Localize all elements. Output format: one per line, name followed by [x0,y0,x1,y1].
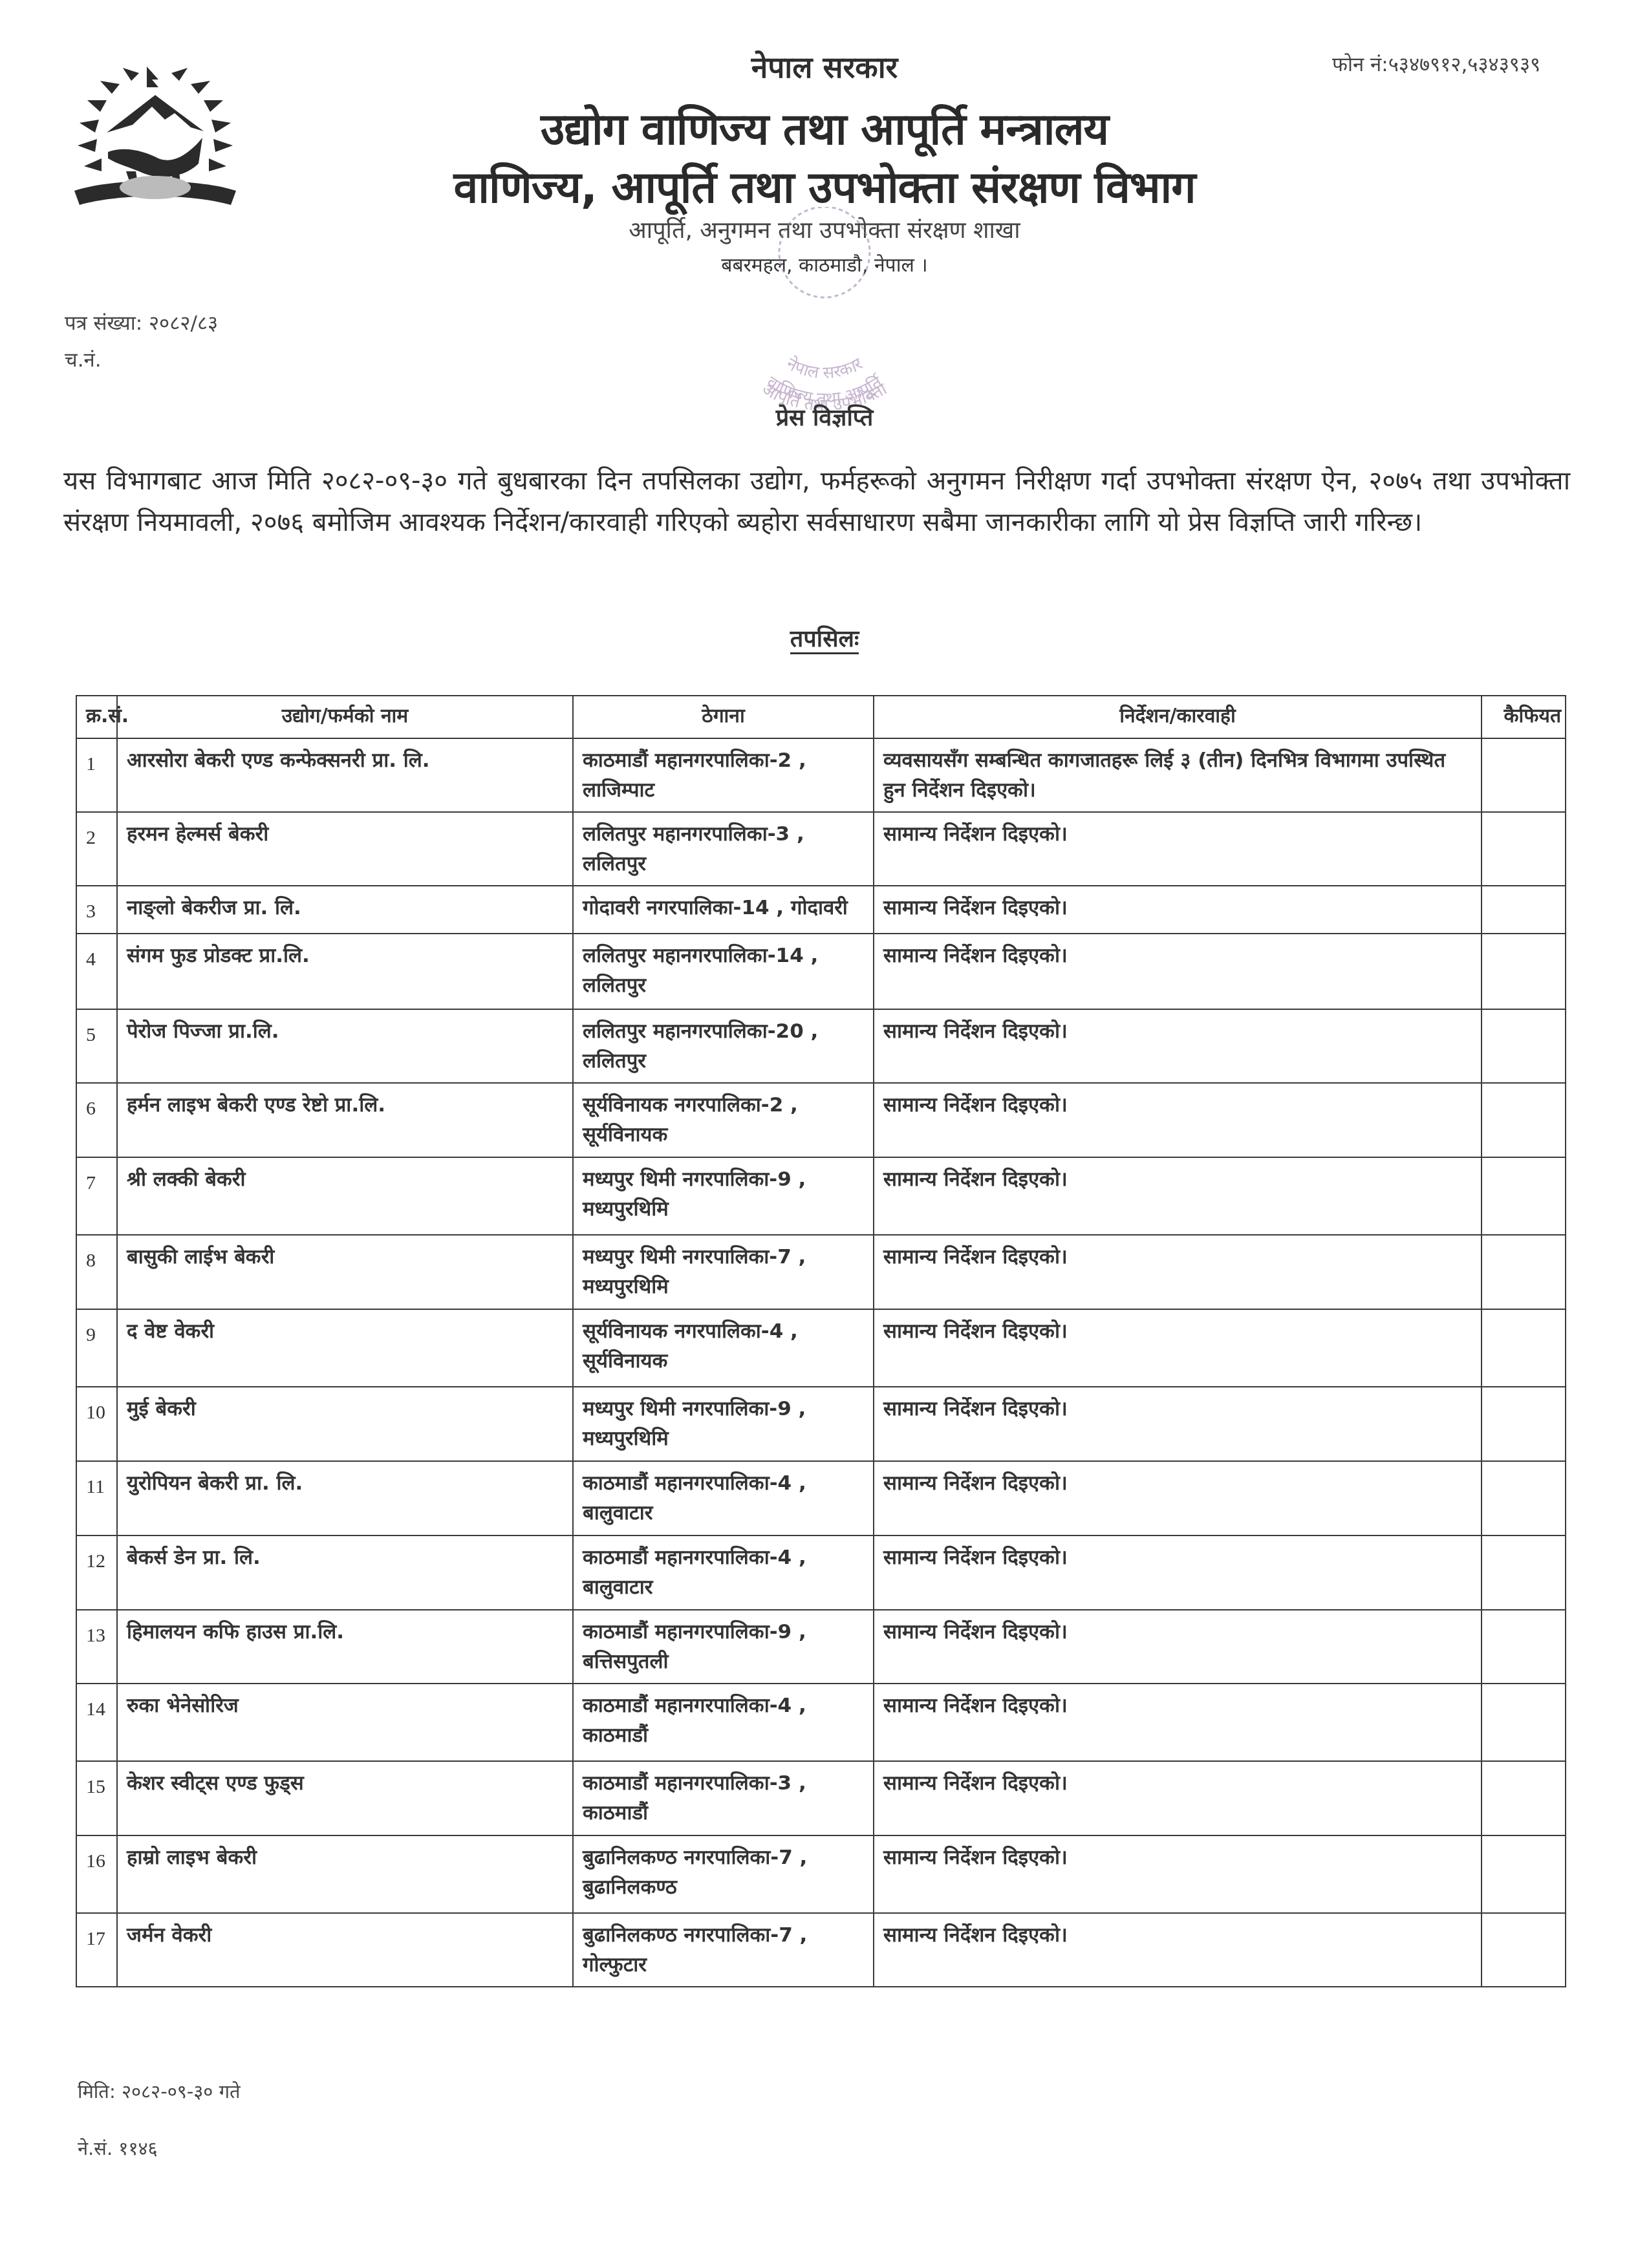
cell-address: सूर्यविनायक नगरपालिका-4 , सूर्यविनायक [573,1309,874,1387]
cell-serial: 12 [76,1535,117,1610]
cell-address: काठमाडौं महानगरपालिका-3 , काठमाडौं [573,1761,874,1835]
column-header-action: निर्देशन/कारवाही [874,696,1482,738]
table-row: 16हाम्रो लाइभ बेकरीबुढानिलकण्ठ नगरपालिका… [76,1835,1566,1913]
cell-action: सामान्य निर्देशन दिइएको। [874,812,1482,886]
table-row: 9द वेष्ट वेकरीसूर्यविनायक नगरपालिका-4 , … [76,1309,1566,1387]
press-release-body: यस विभागबाट आज मिति २०८२-०९-३० गते बुधबा… [63,460,1570,543]
table-row: 8बासुकी लाईभ बेकरीमध्यपुर थिमी नगरपालिका… [76,1235,1566,1309]
cell-remarks [1482,1387,1566,1461]
cell-remarks [1482,1235,1566,1309]
cell-address: बुढानिलकण्ठ नगरपालिका-7 , बुढानिलकण्ठ [573,1835,874,1913]
cell-address: सूर्यविनायक नगरपालिका-2 , सूर्यविनायक [573,1083,874,1157]
column-header-address: ठेगाना [573,696,874,738]
cell-action: सामान्य निर्देशन दिइएको। [874,1761,1482,1835]
table-row: 12बेकर्स डेन प्रा. लि.काठमाडौं महानगरपाल… [76,1535,1566,1610]
cell-firm-name: हाम्रो लाइभ बेकरी [117,1835,573,1913]
cell-action: सामान्य निर्देशन दिइएको। [874,1387,1482,1461]
table-row: 2हरमन हेल्मर्स बेकरीललितपुर महानगरपालिका… [76,812,1566,886]
cell-action: सामान्य निर्देशन दिइएको। [874,1684,1482,1761]
cell-serial: 5 [76,1009,117,1083]
cell-firm-name: मुई बेकरी [117,1387,573,1461]
cell-remarks [1482,934,1566,1009]
cell-action: सामान्य निर्देशन दिइएको। [874,1535,1482,1610]
cell-action: सामान्य निर्देशन दिइएको। [874,1083,1482,1157]
svg-text:नेपाल सरकार: नेपाल सरकार [783,354,867,383]
cell-firm-name: केशर स्वीट्स एण्ड फुड्स [117,1761,573,1835]
schedule-heading: तपसिलः [0,622,1649,654]
cell-remarks [1482,1761,1566,1835]
cell-address: काठमाडौं महानगरपालिका-2 , लाजिम्पाट [573,738,874,812]
cell-action: सामान्य निर्देशन दिइएको। [874,1461,1482,1535]
cell-address: ललितपुर महानगरपालिका-3 , ललितपुर [573,812,874,886]
cell-remarks [1482,812,1566,886]
cell-remarks [1482,1009,1566,1083]
cell-remarks [1482,1835,1566,1913]
table-row: 4संगम फुड प्रोडक्ट प्रा.लि.ललितपुर महानग… [76,934,1566,1009]
cell-firm-name: रुका भेनेसोरिज [117,1684,573,1761]
cell-firm-name: श्री लक्की बेकरी [117,1157,573,1235]
cell-address: ललितपुर महानगरपालिका-20 , ललितपुर [573,1009,874,1083]
cell-action: सामान्य निर्देशन दिइएको। [874,1235,1482,1309]
cell-firm-name: युरोपियन बेकरी प्रा. लि. [117,1461,573,1535]
cell-serial: 2 [76,812,117,886]
cell-serial: 1 [76,738,117,812]
cell-firm-name: हरमन हेल्मर्स बेकरी [117,812,573,886]
cell-firm-name: नाङ्लो बेकरीज प्रा. लि. [117,886,573,934]
letter-number: पत्र संख्या: २०८२/८३ [65,309,218,336]
table-header-row: क्र.सं. उद्योग/फर्मको नाम ठेगाना निर्देश… [76,696,1566,738]
cell-firm-name: द वेष्ट वेकरी [117,1309,573,1387]
cell-action: सामान्य निर्देशन दिइएको। [874,1835,1482,1913]
cell-action: सामान्य निर्देशन दिइएको। [874,934,1482,1009]
table-row: 5पेरोज पिज्जा प्रा.लि.ललितपुर महानगरपालि… [76,1009,1566,1083]
cell-serial: 3 [76,886,117,934]
cell-firm-name: जर्मन वेकरी [117,1913,573,1987]
cell-remarks [1482,1610,1566,1684]
cell-action: व्यवसायसँग सम्बन्धित कागजातहरू लिई ३ (ती… [874,738,1482,812]
cell-address: ललितपुर महानगरपालिका-14 , ललितपुर [573,934,874,1009]
table-row: 15केशर स्वीट्स एण्ड फुड्सकाठमाडौं महानगर… [76,1761,1566,1835]
cell-serial: 8 [76,1235,117,1309]
ministry-name: उद्योग वाणिज्य तथा आपूर्ति मन्त्रालय [0,97,1649,157]
cell-serial: 14 [76,1684,117,1761]
cell-firm-name: बासुकी लाईभ बेकरी [117,1235,573,1309]
government-name: नेपाल सरकार [0,47,1649,87]
inspection-table: क्र.सं. उद्योग/फर्मको नाम ठेगाना निर्देश… [76,695,1566,1987]
cell-remarks [1482,1461,1566,1535]
cell-serial: 6 [76,1083,117,1157]
cell-action: सामान्य निर्देशन दिइएको। [874,1309,1482,1387]
column-header-serial: क्र.सं. [76,696,117,738]
cell-serial: 13 [76,1610,117,1684]
document-title: प्रेस विज्ञप्ति [0,401,1649,433]
cell-firm-name: आरसोरा बेकरी एण्ड कन्फेक्सनरी प्रा. लि. [117,738,573,812]
cell-firm-name: हिमालयन कफि हाउस प्रा.लि. [117,1610,573,1684]
table-row: 14रुका भेनेसोरिजकाठमाडौं महानगरपालिका-4 … [76,1684,1566,1761]
cell-remarks [1482,1157,1566,1235]
table-row: 13हिमालयन कफि हाउस प्रा.लि.काठमाडौं महान… [76,1610,1566,1684]
cell-serial: 11 [76,1461,117,1535]
table-row: 3नाङ्लो बेकरीज प्रा. लि.गोदावरी नगरपालिक… [76,886,1566,934]
cell-remarks [1482,1684,1566,1761]
cell-address: काठमाडौं महानगरपालिका-4 , काठमाडौं [573,1684,874,1761]
footer-date: मिति: २०८२-०९-३० गते [78,2079,241,2104]
cell-address: काठमाडौं महानगरपालिका-4 , बालुवाटार [573,1461,874,1535]
cell-firm-name: संगम फुड प्रोडक्ट प्रा.लि. [117,934,573,1009]
cell-firm-name: बेकर्स डेन प्रा. लि. [117,1535,573,1610]
table-row: 1आरसोरा बेकरी एण्ड कन्फेक्सनरी प्रा. लि.… [76,738,1566,812]
cell-action: सामान्य निर्देशन दिइएको। [874,1610,1482,1684]
dispatch-number: च.नं. [65,346,102,373]
column-header-remarks: कैफियत [1482,696,1566,738]
footer-nepal-sambat: ने.सं. ११४६ [78,2135,158,2161]
cell-serial: 9 [76,1309,117,1387]
cell-firm-name: हर्मन लाइभ बेकरी एण्ड रेष्टो प्रा.लि. [117,1083,573,1157]
cell-firm-name: पेरोज पिज्जा प्रा.लि. [117,1009,573,1083]
cell-remarks [1482,1535,1566,1610]
table-row: 11युरोपियन बेकरी प्रा. लि.काठमाडौं महानग… [76,1461,1566,1535]
cell-address: काठमाडौं महानगरपालिका-9 , बत्तिसपुतली [573,1610,874,1684]
cell-remarks [1482,738,1566,812]
cell-serial: 7 [76,1157,117,1235]
cell-remarks [1482,1913,1566,1987]
cell-remarks [1482,1083,1566,1157]
cell-address: मध्यपुर थिमी नगरपालिका-9 , मध्यपुरथिमि [573,1157,874,1235]
cell-action: सामान्य निर्देशन दिइएको। [874,1157,1482,1235]
cell-serial: 10 [76,1387,117,1461]
cell-action: सामान्य निर्देशन दिइएको। [874,1009,1482,1083]
table-row: 10मुई बेकरीमध्यपुर थिमी नगरपालिका-9 , मध… [76,1387,1566,1461]
cell-serial: 15 [76,1761,117,1835]
cell-action: सामान्य निर्देशन दिइएको। [874,886,1482,934]
official-stamp-icon: नेपाल सरकार वाणिज्य तथा आपूर्ति आपूर्ति … [673,207,976,427]
cell-serial: 17 [76,1913,117,1987]
cell-address: काठमाडौं महानगरपालिका-4 , बालुवाटार [573,1535,874,1610]
cell-remarks [1482,886,1566,934]
table-row: 17जर्मन वेकरीबुढानिलकण्ठ नगरपालिका-7 , ग… [76,1913,1566,1987]
cell-serial: 4 [76,934,117,1009]
cell-address: मध्यपुर थिमी नगरपालिका-7 , मध्यपुरथिमि [573,1235,874,1309]
cell-serial: 16 [76,1835,117,1913]
column-header-firm-name: उद्योग/फर्मको नाम [117,696,573,738]
table-row: 6हर्मन लाइभ बेकरी एण्ड रेष्टो प्रा.लि.सू… [76,1083,1566,1157]
cell-address: बुढानिलकण्ठ नगरपालिका-7 , गोल्फुटार [573,1913,874,1987]
table-row: 7श्री लक्की बेकरीमध्यपुर थिमी नगरपालिका-… [76,1157,1566,1235]
cell-address: गोदावरी नगरपालिका-14 , गोदावरी [573,886,874,934]
cell-address: मध्यपुर थिमी नगरपालिका-9 , मध्यपुरथिमि [573,1387,874,1461]
cell-action: सामान्य निर्देशन दिइएको। [874,1913,1482,1987]
cell-remarks [1482,1309,1566,1387]
